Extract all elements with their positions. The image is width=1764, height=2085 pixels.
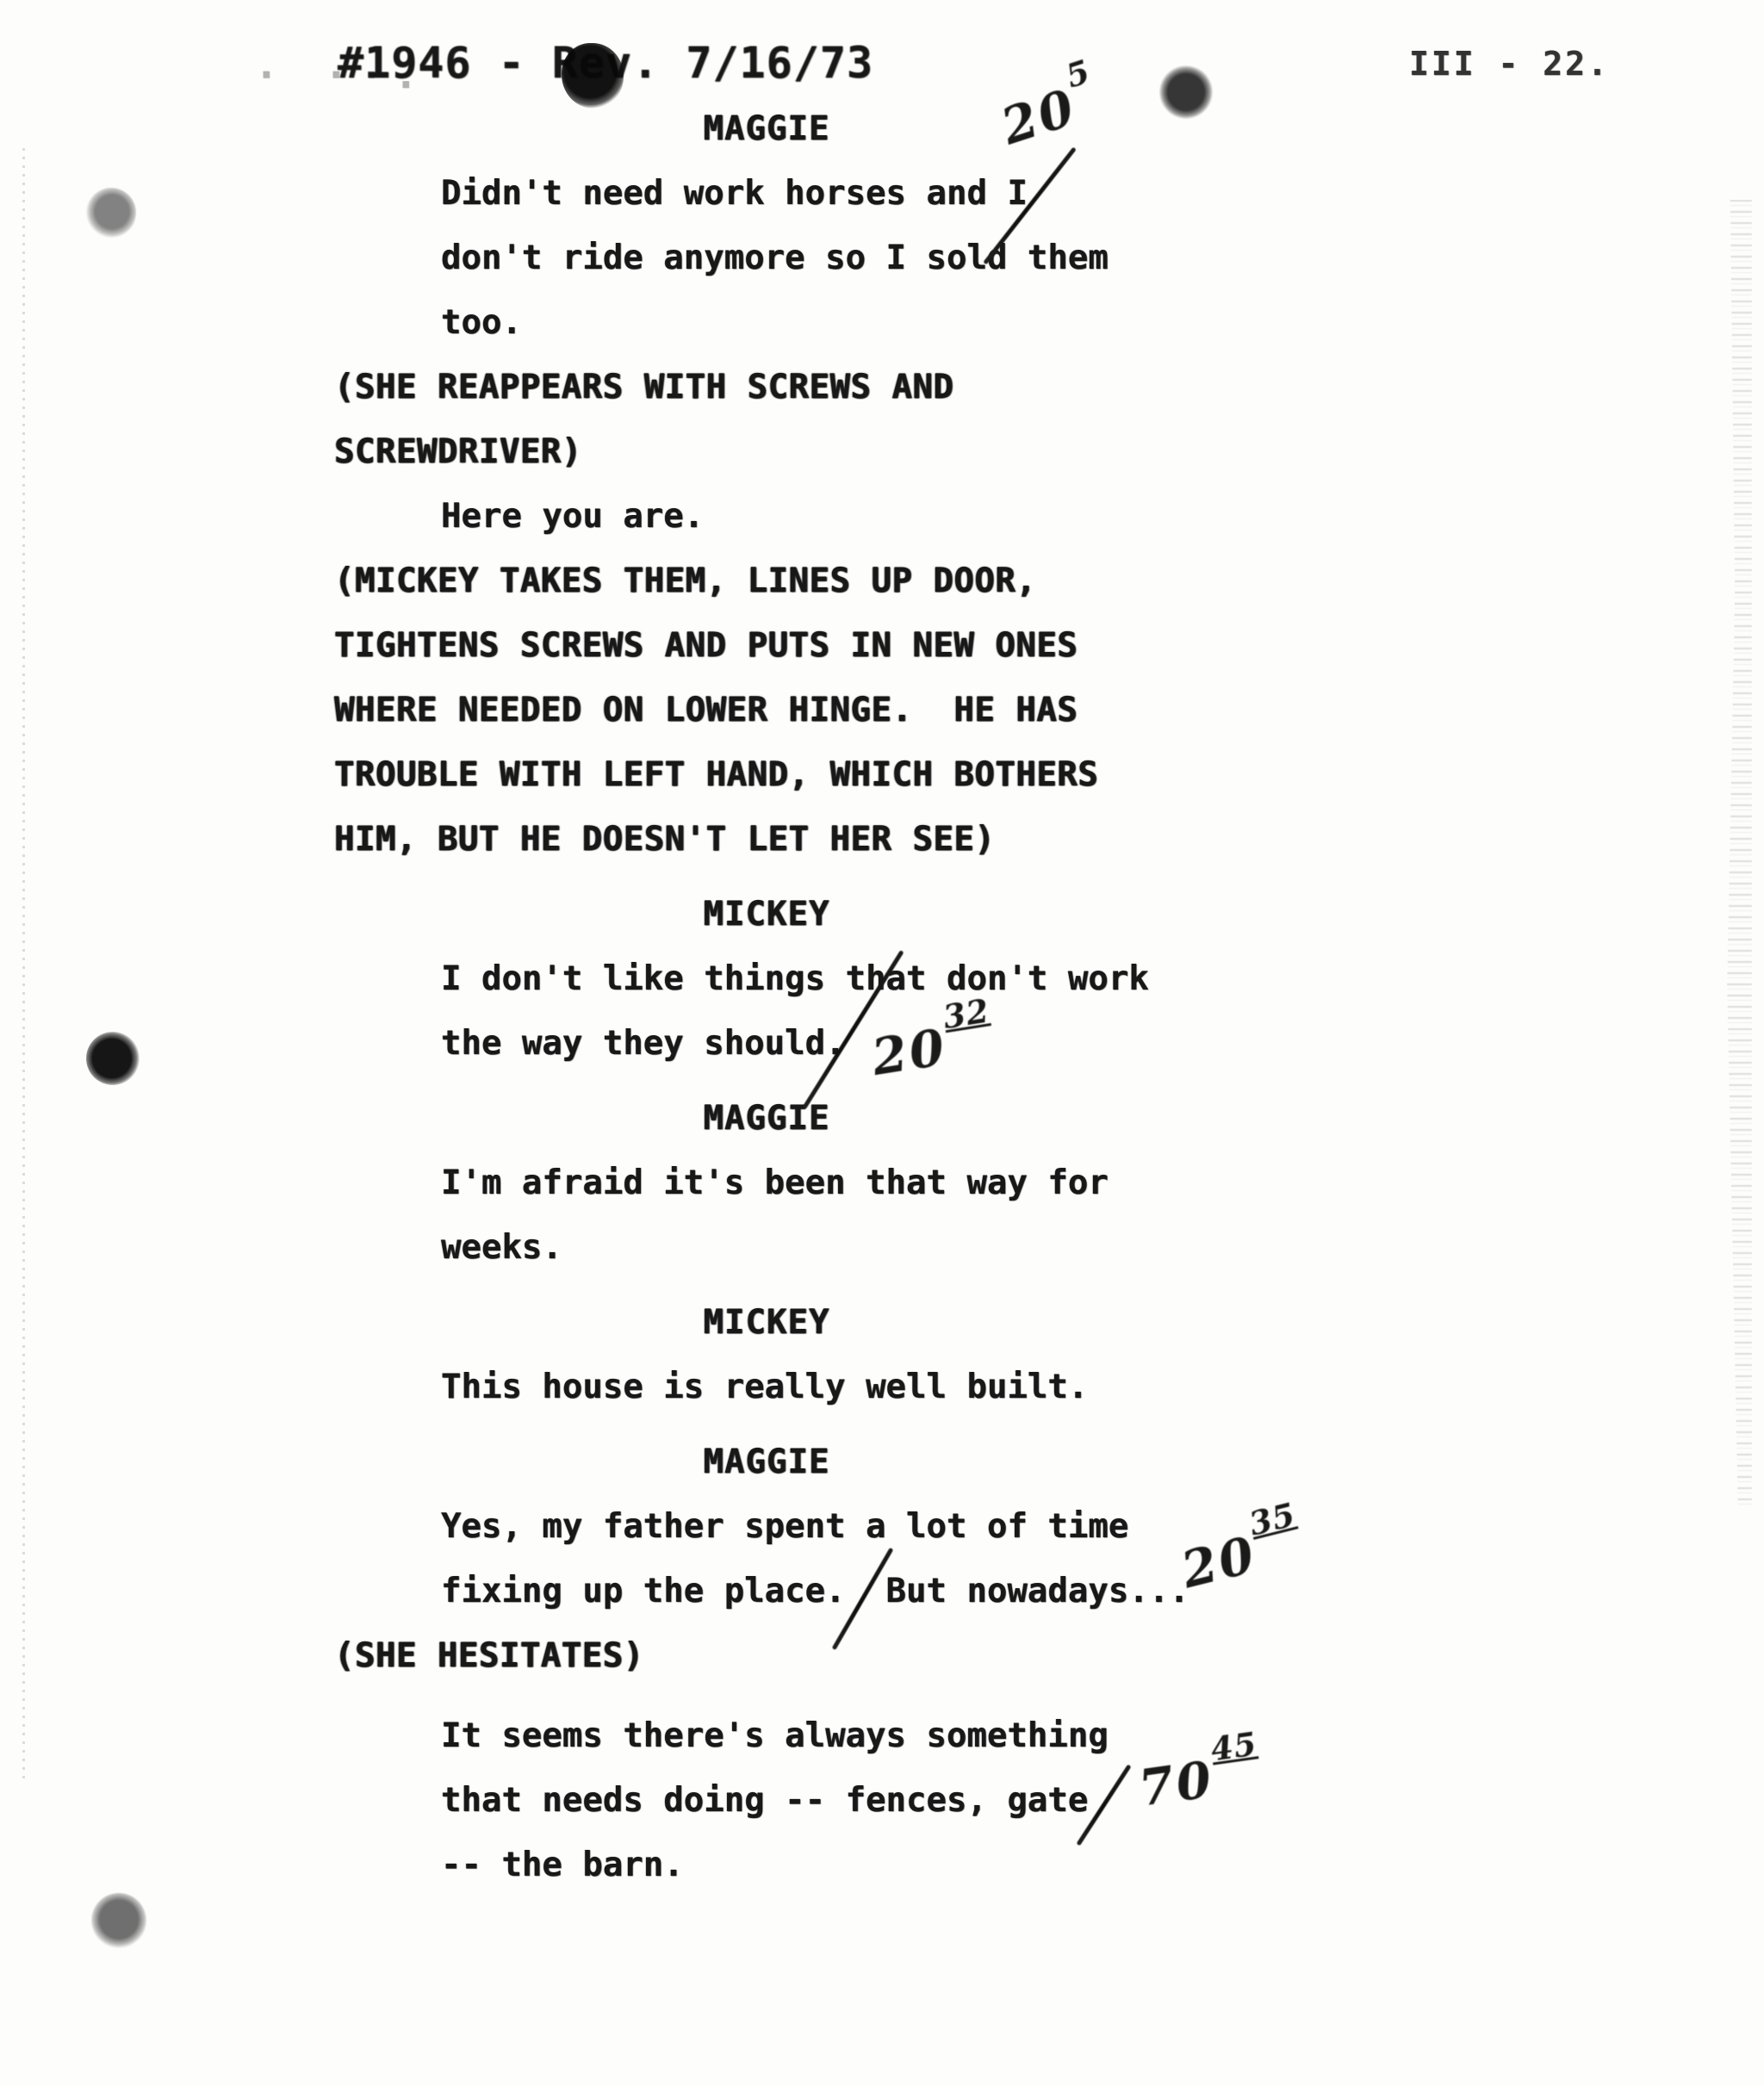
- script-line-cue: MAGGIE: [0, 1430, 1533, 1494]
- script-line-dialogue: It seems there's always something: [0, 1703, 1764, 1768]
- script-line-direction: SCREWDRIVER): [0, 419, 1764, 484]
- script-line-dialogue: Yes, my father spent a lot of time: [0, 1494, 1764, 1559]
- script-line-dialogue: Didn't need work horses and I: [0, 161, 1764, 226]
- script-line-direction: TIGHTENS SCREWS AND PUTS IN NEW ONES: [0, 613, 1764, 678]
- script-line-dialogue: that needs doing -- fences, gate: [0, 1768, 1764, 1833]
- script-line-dialogue: I'm afraid it's been that way for: [0, 1151, 1764, 1215]
- scanned-script-page: { "header": { "faint_marks": "· ··.", "p…: [0, 0, 1764, 2085]
- script-line-direction: WHERE NEEDED ON LOWER HINGE. HE HAS: [0, 678, 1764, 742]
- ink-blot-over-header: [562, 43, 624, 109]
- hole-punch-mark-left-middle: [86, 1032, 140, 1085]
- script-line-dialogue: -- the barn.: [0, 1833, 1764, 1897]
- script-line-dialogue: too.: [0, 290, 1764, 355]
- script-line-direction: (SHE HESITATES): [0, 1623, 1764, 1688]
- script-line-dialogue: Here you are.: [0, 484, 1764, 549]
- script-line-direction: (MICKEY TAKES THEM, LINES UP DOOR,: [0, 549, 1764, 613]
- script-line-direction: TROUBLE WITH LEFT HAND, WHICH BOTHERS: [0, 742, 1764, 807]
- hole-punch-mark-left-bottom: [91, 1893, 146, 1948]
- script-line-dialogue: This house is really well built.: [0, 1355, 1764, 1419]
- script-line-direction: HIM, BUT HE DOESN'T LET HER SEE): [0, 807, 1764, 872]
- script-line-dialogue: weeks.: [0, 1215, 1764, 1280]
- hole-punch-mark-top-right: [1159, 65, 1213, 119]
- page-number: III - 22.: [1409, 45, 1610, 83]
- script-line-direction: (SHE REAPPEARS WITH SCREWS AND: [0, 355, 1764, 419]
- page-header: · ··. #1946 - Rev. 7/16/73 III - 22.: [0, 0, 1764, 112]
- script-line-cue: MICKEY: [0, 1290, 1533, 1355]
- left-edge-scan-artifact: [22, 148, 25, 1784]
- script-line-cue: MAGGIE: [0, 96, 1533, 161]
- script-line-cue: MAGGIE: [0, 1086, 1533, 1151]
- script-line-dialogue: don't ride anymore so I sold them: [0, 226, 1764, 290]
- hole-punch-mark-left-top: [86, 188, 136, 238]
- script-body: MAGGIEDidn't need work horses and Idon't…: [0, 96, 1764, 1897]
- script-line-cue: MICKEY: [0, 882, 1533, 946]
